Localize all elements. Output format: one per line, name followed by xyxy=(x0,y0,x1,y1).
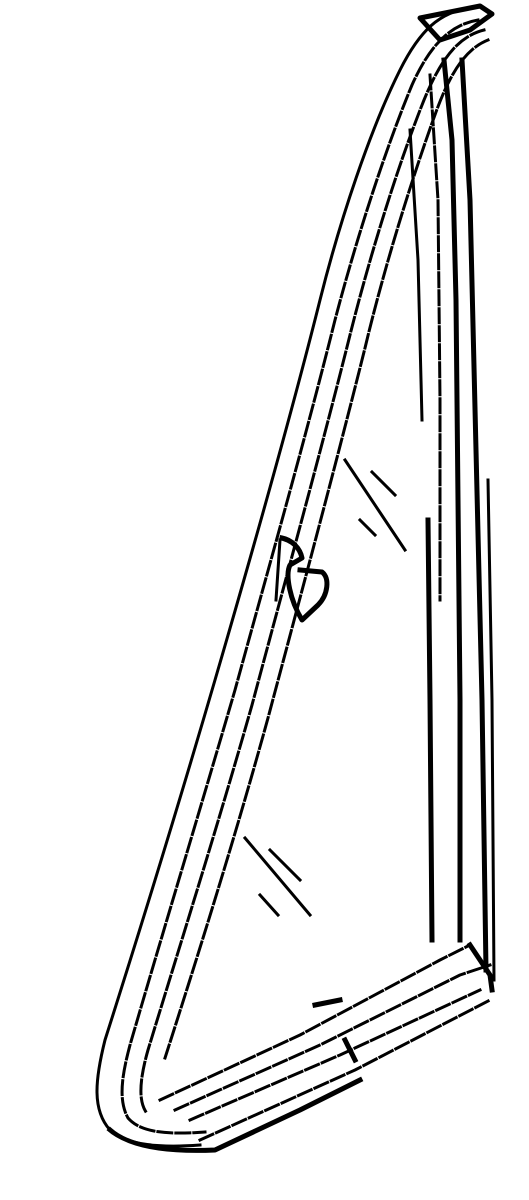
vent-window-drawing xyxy=(0,0,529,1200)
window-frame xyxy=(97,6,492,1146)
glass-pane xyxy=(245,460,405,915)
vertical-post xyxy=(410,60,494,980)
latch xyxy=(276,538,327,620)
